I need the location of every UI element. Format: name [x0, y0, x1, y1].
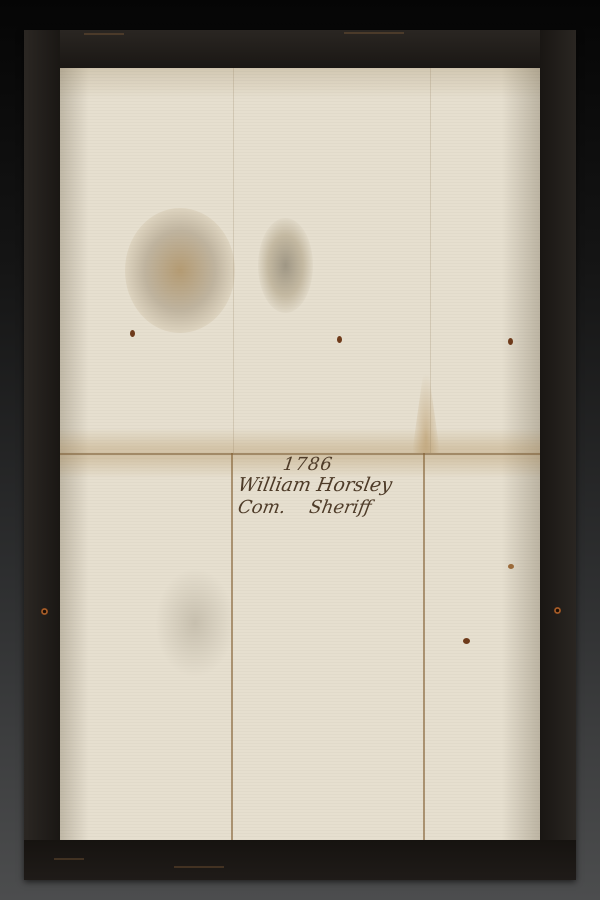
foxing-stain-small — [258, 218, 313, 313]
foxing-stain-lower — [155, 568, 235, 678]
frame-wear — [54, 858, 84, 860]
document-paper: 1786 William Horsley Com.Sheriff — [60, 68, 540, 840]
frame-wear — [174, 866, 224, 868]
inscription-title: Com.Sheriff — [236, 499, 429, 517]
inscription-title-part1: Com. — [236, 497, 287, 518]
ink-spot — [463, 638, 470, 644]
ink-spot — [508, 338, 513, 345]
ink-spot — [337, 336, 342, 343]
frame-rail-left — [24, 30, 60, 880]
water-stain-drip — [412, 373, 440, 453]
ink-spot — [130, 330, 135, 337]
right-screw — [554, 607, 561, 614]
foxing-stain-large — [125, 208, 235, 333]
fold-line-vertical-left — [231, 453, 233, 840]
frame-rail-right — [540, 30, 576, 880]
docket-inscription: 1786 William Horsley Com.Sheriff — [238, 456, 428, 517]
fold-line-faint — [233, 68, 234, 453]
left-screw — [41, 608, 48, 615]
inscription-name: William Horsley — [236, 476, 429, 495]
frame-wear — [84, 33, 124, 35]
frame-rail-top — [24, 30, 576, 68]
inscription-year: 1786 — [282, 456, 430, 474]
inscription-title-part2: Sheriff — [308, 497, 373, 518]
frame-rail-bottom — [24, 840, 576, 880]
ink-spot — [508, 564, 514, 569]
fold-line-faint — [430, 68, 431, 453]
frame-wear — [344, 32, 404, 34]
